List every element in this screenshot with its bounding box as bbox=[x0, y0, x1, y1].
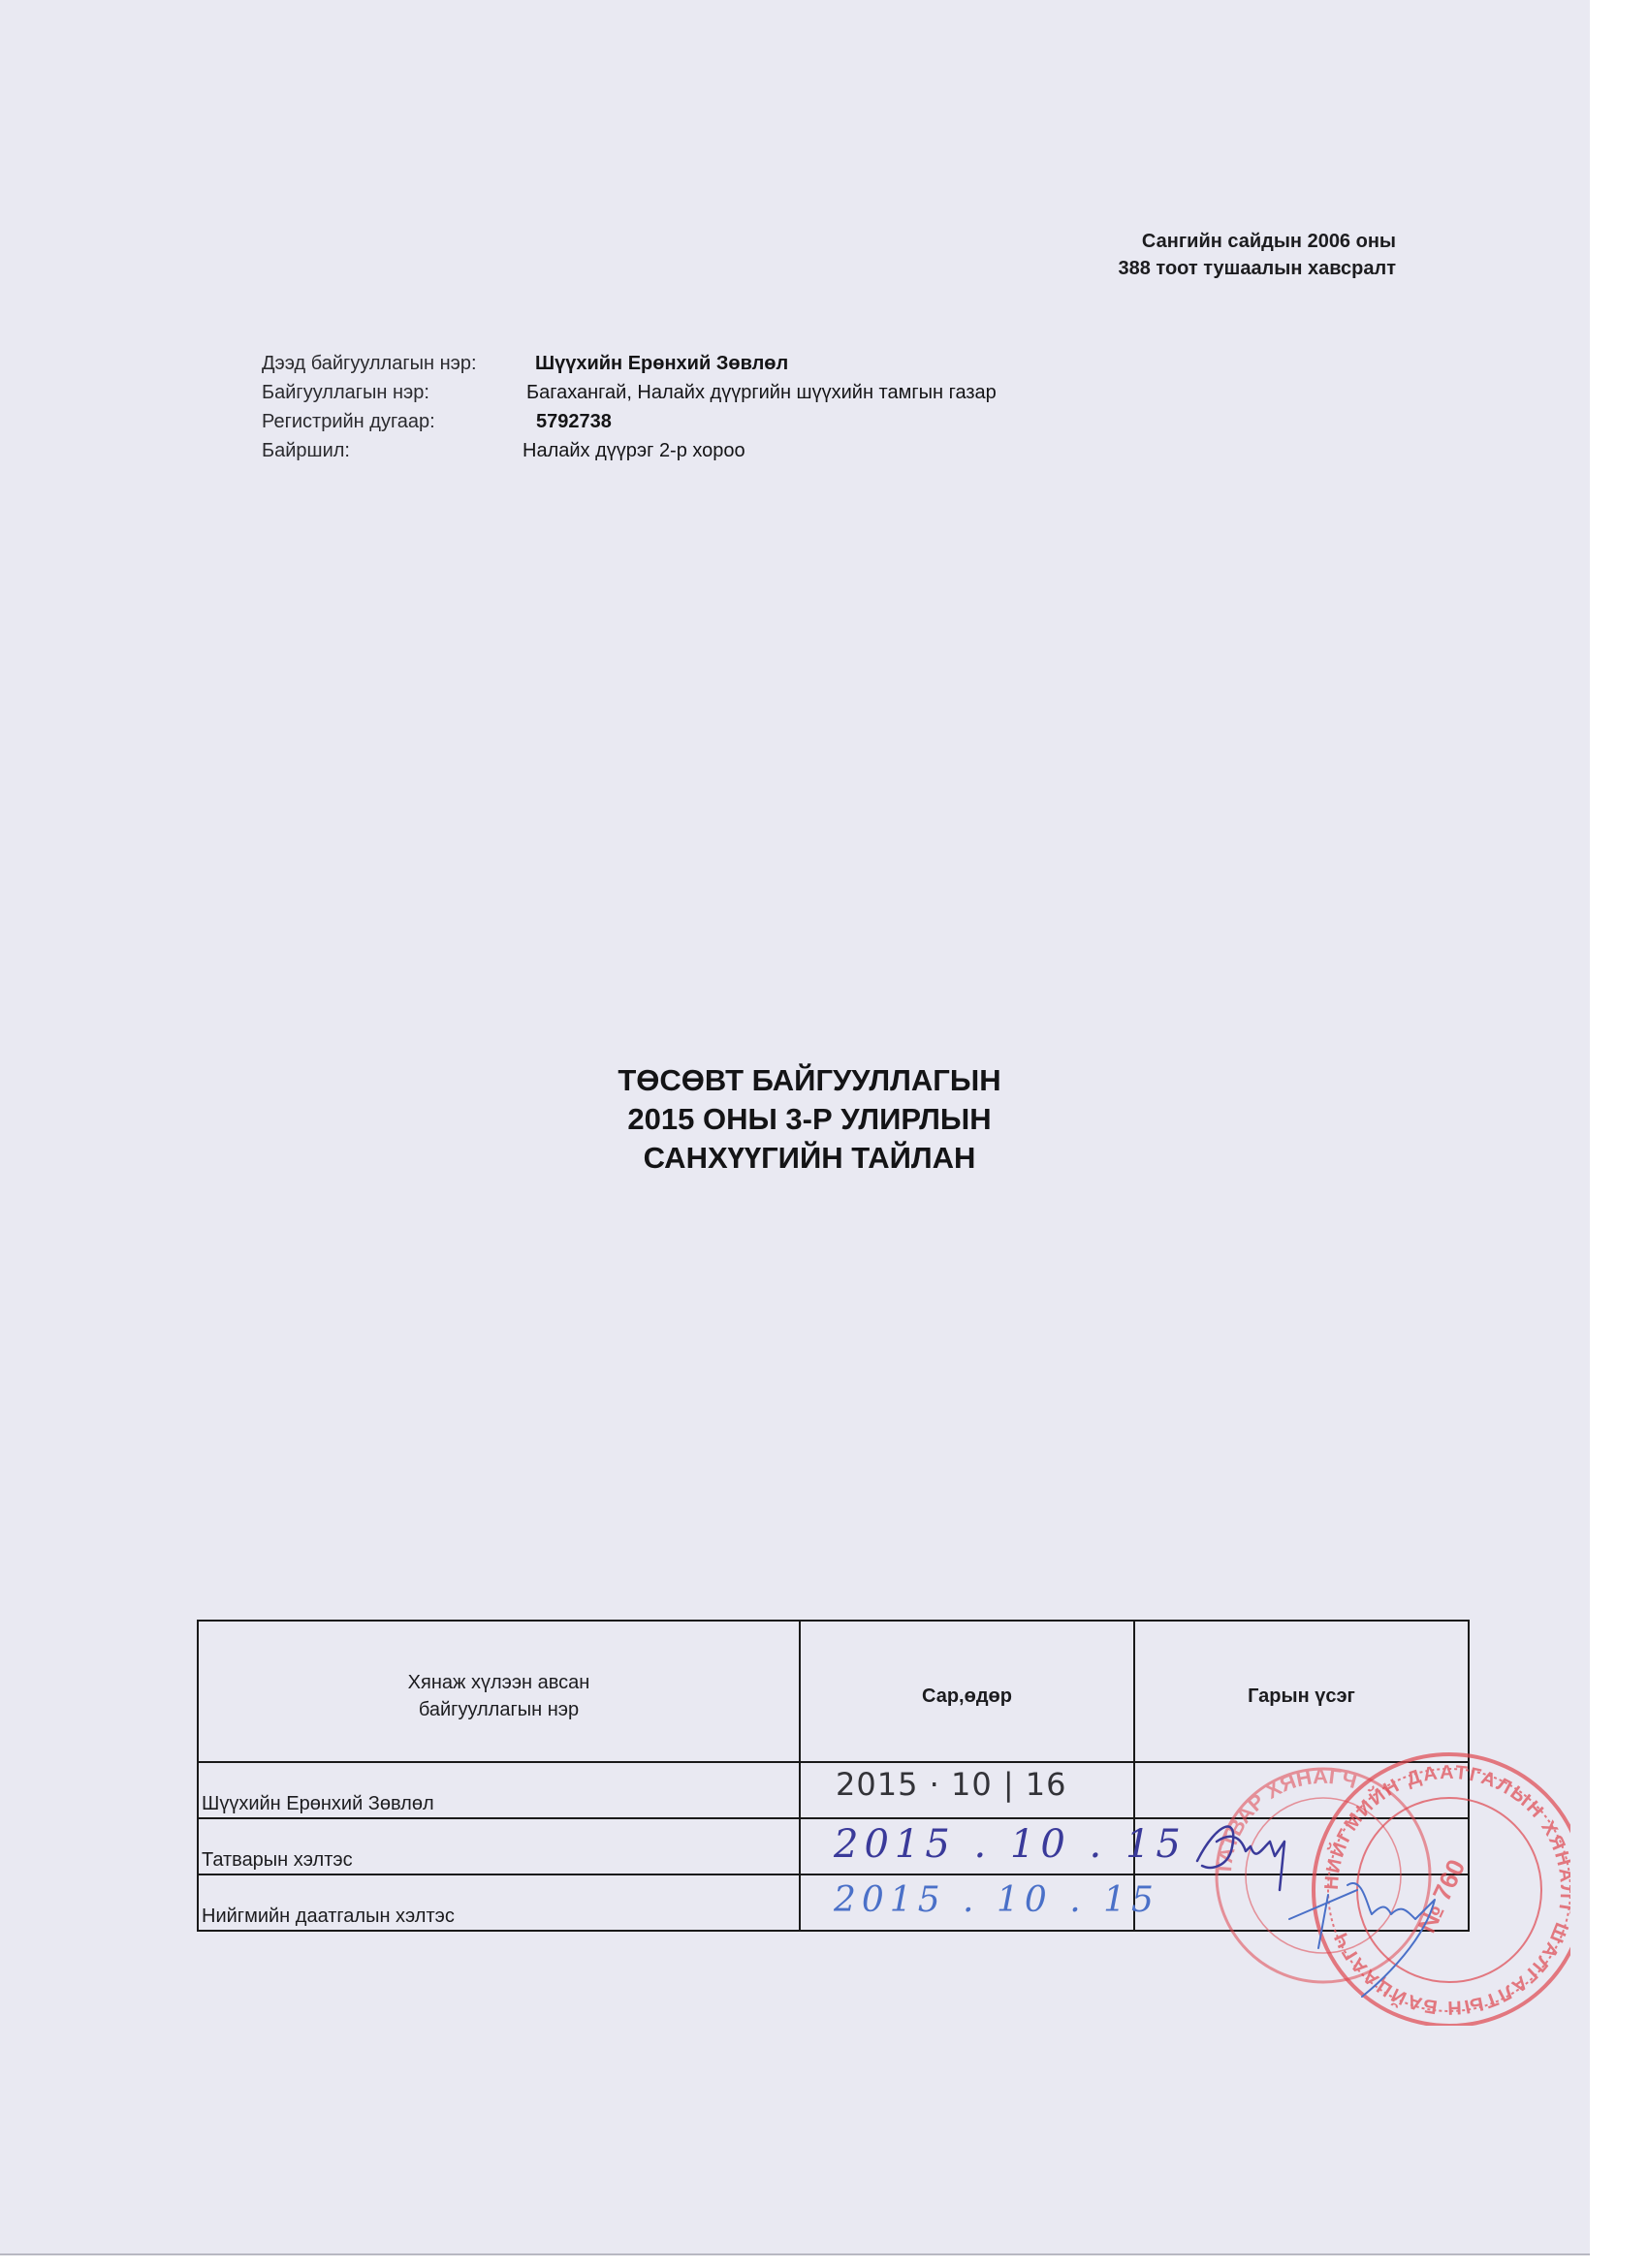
header-signature: Гарын үсэг bbox=[1134, 1621, 1469, 1762]
info-value: Шүүхийн Ерөнхий Зөвлөл bbox=[535, 349, 788, 378]
info-label: Байршил: bbox=[262, 436, 350, 465]
info-label: Дээд байгууллагын нэр: bbox=[262, 349, 477, 378]
cell-signature bbox=[1134, 1818, 1469, 1874]
header-org: Хянаж хүлээн авсан байгууллагын нэр bbox=[198, 1621, 800, 1762]
header-org-line1: Хянаж хүлээн авсан bbox=[199, 1669, 799, 1696]
info-value: Багахангай, Налайх дүүргийн шүүхийн тамг… bbox=[526, 378, 997, 407]
report-title-line1: ТӨСӨВТ БАЙГУУЛЛАГЫН bbox=[29, 1061, 1590, 1100]
cell-date bbox=[800, 1818, 1134, 1874]
report-title-line2: 2015 ОНЫ 3-Р УЛИРЛЫН bbox=[29, 1100, 1590, 1139]
cell-date bbox=[800, 1762, 1134, 1818]
table-row: Шүүхийн Ерөнхий Зөвлөл bbox=[198, 1762, 1469, 1818]
org-name: Шүүхийн Ерөнхий Зөвлөл bbox=[199, 1792, 799, 1817]
cell-org: Нийгмийн даатгалын хэлтэс bbox=[198, 1874, 800, 1931]
cell-org: Татварын хэлтэс bbox=[198, 1818, 800, 1874]
scanned-page: Сангийн сайдын 2006 оны 388 тоот тушаалы… bbox=[0, 0, 1590, 2255]
order-reference-line1: Сангийн сайдын 2006 оны bbox=[1118, 228, 1396, 255]
review-table: Хянаж хүлээн авсан байгууллагын нэр Сар,… bbox=[197, 1620, 1470, 1932]
header-org-line2: байгууллагын нэр bbox=[199, 1696, 799, 1723]
table-row: Татварын хэлтэс bbox=[198, 1818, 1469, 1874]
table-row: Нийгмийн даатгалын хэлтэс bbox=[198, 1874, 1469, 1931]
cell-signature bbox=[1134, 1762, 1469, 1818]
org-name: Татварын хэлтэс bbox=[199, 1848, 799, 1874]
order-reference-line2: 388 тоот тушаалын хавсралт bbox=[1118, 255, 1396, 282]
cell-signature bbox=[1134, 1874, 1469, 1931]
org-name: Нийгмийн даатгалын хэлтэс bbox=[199, 1905, 799, 1930]
cell-org: Шүүхийн Ерөнхий Зөвлөл bbox=[198, 1762, 800, 1818]
cell-date bbox=[800, 1874, 1134, 1931]
info-value: Налайх дүүрэг 2-р хороо bbox=[523, 436, 745, 465]
order-reference: Сангийн сайдын 2006 оны 388 тоот тушаалы… bbox=[1118, 228, 1396, 282]
info-label: Регистрийн дугаар: bbox=[262, 407, 435, 436]
info-label: Байгууллагын нэр: bbox=[262, 378, 429, 407]
report-title-line3: САНХҮҮГИЙН ТАЙЛАН bbox=[29, 1139, 1590, 1178]
info-value: 5792738 bbox=[536, 407, 612, 436]
header-date: Сар,өдөр bbox=[800, 1621, 1134, 1762]
review-table-header: Хянаж хүлээн авсан байгууллагын нэр Сар,… bbox=[198, 1621, 1469, 1762]
report-title: ТӨСӨВТ БАЙГУУЛЛАГЫН 2015 ОНЫ 3-Р УЛИРЛЫН… bbox=[0, 1061, 1590, 1178]
